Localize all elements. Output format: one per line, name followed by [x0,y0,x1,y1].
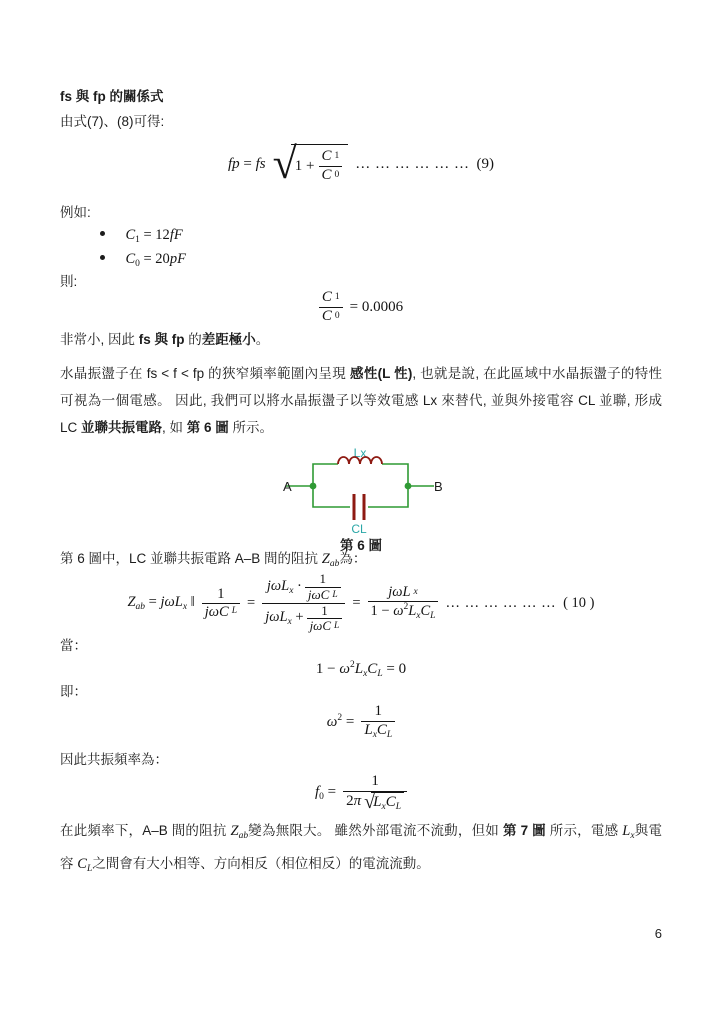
text-run: 非常小, 因此 [60,332,139,347]
capacitor-plates-icon [354,494,364,520]
when-label: 當： [60,636,662,656]
bold-run: fs 與 fp [139,332,185,347]
bullet-icon [100,231,105,236]
example-label: 例如: [60,203,662,223]
text-run: , 如 [162,420,187,435]
freq-label: 因此共振頻率為： [60,750,662,770]
equation-when: 1 − ω2LxCL = 0 [60,658,662,680]
section-heading: fs 與 fp 的關係式 [60,87,662,107]
bold-run: 並聯共振電路 [81,420,162,435]
lc-circuit-figure: Lx A B CL [281,441,445,541]
bullet-item-c0: C0 = 20pF [100,250,662,269]
eq9-radical: √ 1 + C1 C0 [273,144,349,184]
eq10-dot-leader: … … … … … … [445,595,556,612]
text-run: 的 [185,332,202,347]
text-run: 變為無限大。 雖然外部電流不流動，但如 [248,823,503,838]
eq10-lhs: Zab = jωLx ‖ [127,594,194,612]
intro-line: 由式(7)、(8)可得: [60,112,662,132]
bullet-c0-value: C0 = 20pF [125,251,185,267]
nested-fraction: 1 jωCL [307,604,343,635]
terminal-a-label: A [283,479,292,494]
eq10-fraction-2: jωLx · 1 jωCL jωLx + 1 jωCL [262,572,345,635]
figure-caption: 第 6 圖 [60,534,662,554]
equation-f0: f0 = 1 2π √ LxCL [60,768,662,818]
small-difference-line: 非常小, 因此 fs 與 fp 的差距極小。 [60,330,662,350]
terminal-b-label: B [434,479,443,494]
ratio-fraction: C1 C0 [319,289,343,325]
text-run: 所示。 [229,420,273,435]
equation-ratio: C1 C0 = 0.0006 [60,286,662,328]
text-run: 水晶振盪子在 fs < f < fp 的狹窄頻率範圍內呈現 [60,366,350,381]
eq9-dot-leader: … … … … … … [355,156,469,173]
circuit-wires [286,464,434,507]
ie-label: 即： [60,682,662,702]
text-run: 所示，電感 [546,823,622,838]
nested-fraction: 1 jωCL [305,572,341,603]
equals-sign: = [247,595,255,612]
bold-run: 第 7 圖 [503,823,546,838]
bullet-item-c1: C1 = 12fF [100,226,662,245]
junction-dot-right [405,483,412,490]
eq10-tag: ( 10 ) [563,595,594,612]
text-run: 在此頻率下，A–B 間的阻抗 [60,823,231,838]
f0-radical: √ LxCL [364,792,404,813]
bold-run: 第 6 圖 [187,420,229,435]
equation-10: Zab = jωLx ‖ 1 jωCL = jωLx · 1 jωCL jωLx… [60,570,662,636]
eq10-fraction-3: jωLx 1 − ω2LxCL [368,584,439,622]
zab-symbol: Zab [231,823,249,839]
crystal-paragraph: 水晶振盪子在 fs < f < fp 的狹窄頻率範圍內呈現 感性(L 性), 也… [60,360,662,441]
bullet-c1-value: C1 = 12fF [125,227,182,243]
eq9-one-plus: 1 + [295,158,315,175]
lx-symbol: Lx [622,823,634,839]
eq10-fraction-1: 1 jωCL [202,586,240,620]
bold-run: 感性(L 性) [350,366,412,381]
bold-run: 差距極小 [202,332,256,347]
text-run: 之間會有大小相等、方向相反（相位相反）的電流流動。 [92,856,430,871]
equals-sign: = [352,595,360,612]
eq9-tag: (9) [477,156,495,173]
text-run: 。 [256,332,270,347]
ratio-rhs: = 0.0006 [350,299,403,316]
equation-9: fp = fs √ 1 + C1 C0 … … … … … … (9) [60,133,662,195]
equation-omega: ω2 = 1 LxCL [60,700,662,744]
final-paragraph: 在此頻率下，A–B 間的阻抗 Zab變為無限大。 雖然外部電流不流動，但如 第 … [60,817,662,883]
document-page: { "page_number": "6", "heading": "fs 與 f… [0,0,724,1024]
f0-fraction: 1 2π √ LxCL [343,773,407,812]
omega-fraction: 1 LxCL [361,703,395,740]
eq9-lhs: fp = fs [228,156,266,173]
cl-symbol: CL [77,856,92,872]
junction-dot-left [310,483,317,490]
page-number: 6 [655,926,662,941]
eq9-fraction: C1 C0 [319,148,343,184]
bullet-icon [100,255,105,260]
